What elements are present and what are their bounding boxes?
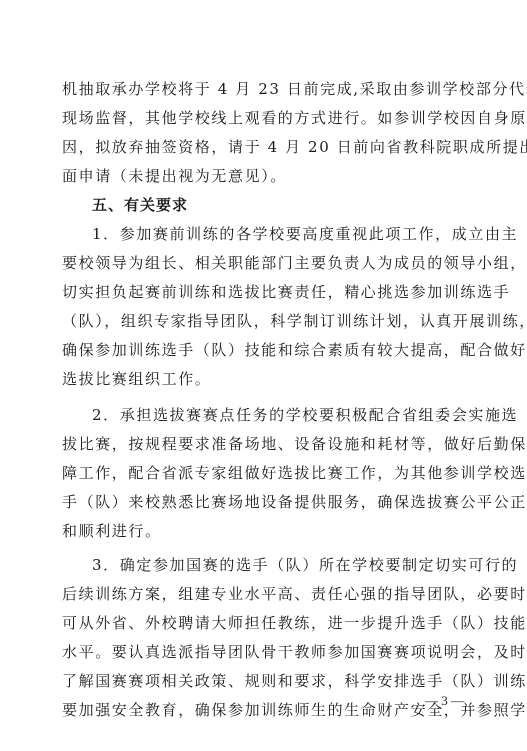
page-number: — 3 — [425, 693, 464, 709]
item1-line: 1．参加赛前训练的各学校要高度重视此项工作，成立由主 [62, 220, 466, 249]
item3-line: 要加强安全教育，确保参加训练师生的生命财产安全，并参照学 [62, 696, 466, 725]
item3-line: 水平。要认真选派指导团队骨干教师参加国赛赛项说明会，及时 [62, 638, 466, 667]
item2-line: 障工作，配合省派专家组做好选拔比赛工作，为其他参训学校选 [62, 459, 466, 488]
item1-line: 确保参加训练选手（队）技能和综合素质有较大提高，配合做好 [62, 336, 466, 365]
item2-line: 和顺利进行。 [62, 517, 466, 546]
document-body: 机抽取承办学校将于 4 月 23 日前完成,采取由参训学校部分代表 现场监督，其… [62, 75, 466, 725]
item1-line: 要校领导为组长、相关职能部门主要负责人为成员的领导小组， [62, 249, 466, 278]
item3-line: 后续训练方案，组建专业水平高、责任心强的指导团队，必要时 [62, 580, 466, 609]
item2-line: 2．承担选拔赛赛点任务的学校要积极配合省组委会实施选 [62, 401, 466, 430]
paragraph-line: 机抽取承办学校将于 4 月 23 日前完成,采取由参训学校部分代表 [62, 75, 466, 104]
item1-line: 切实担负起赛前训练和选拔比赛责任，精心挑选参加训练选手 [62, 278, 466, 307]
item3-line: 了解国赛赛项相关政策、规则和要求，科学安排选手（队）训练。 [62, 667, 466, 696]
section-heading: 五、有关要求 [62, 191, 466, 220]
item1-line: 选拔比赛组织工作。 [62, 365, 466, 394]
item2-line: 拔比赛，按规程要求准备场地、设备设施和耗材等，做好后勤保 [62, 430, 466, 459]
item2-line: 手（队）来校熟悉比赛场地设备提供服务，确保选拔赛公平公正 [62, 488, 466, 517]
item1-line: （队），组织专家指导团队，科学制订训练计划，认真开展训练， [62, 307, 466, 336]
item3-line: 可从外省、外校聘请大师担任教练，进一步提升选手（队）技能 [62, 609, 466, 638]
item3-line: 3．确定参加国赛的选手（队）所在学校要制定切实可行的 [62, 551, 466, 580]
paragraph-line: 面申请（未提出视为无意见）。 [62, 162, 466, 191]
paragraph-line: 现场监督，其他学校线上观看的方式进行。如参训学校因自身原 [62, 104, 466, 133]
paragraph-line: 因，拟放弃抽签资格，请于 4 月 20 日前向省教科院职成所提出书 [62, 133, 466, 162]
